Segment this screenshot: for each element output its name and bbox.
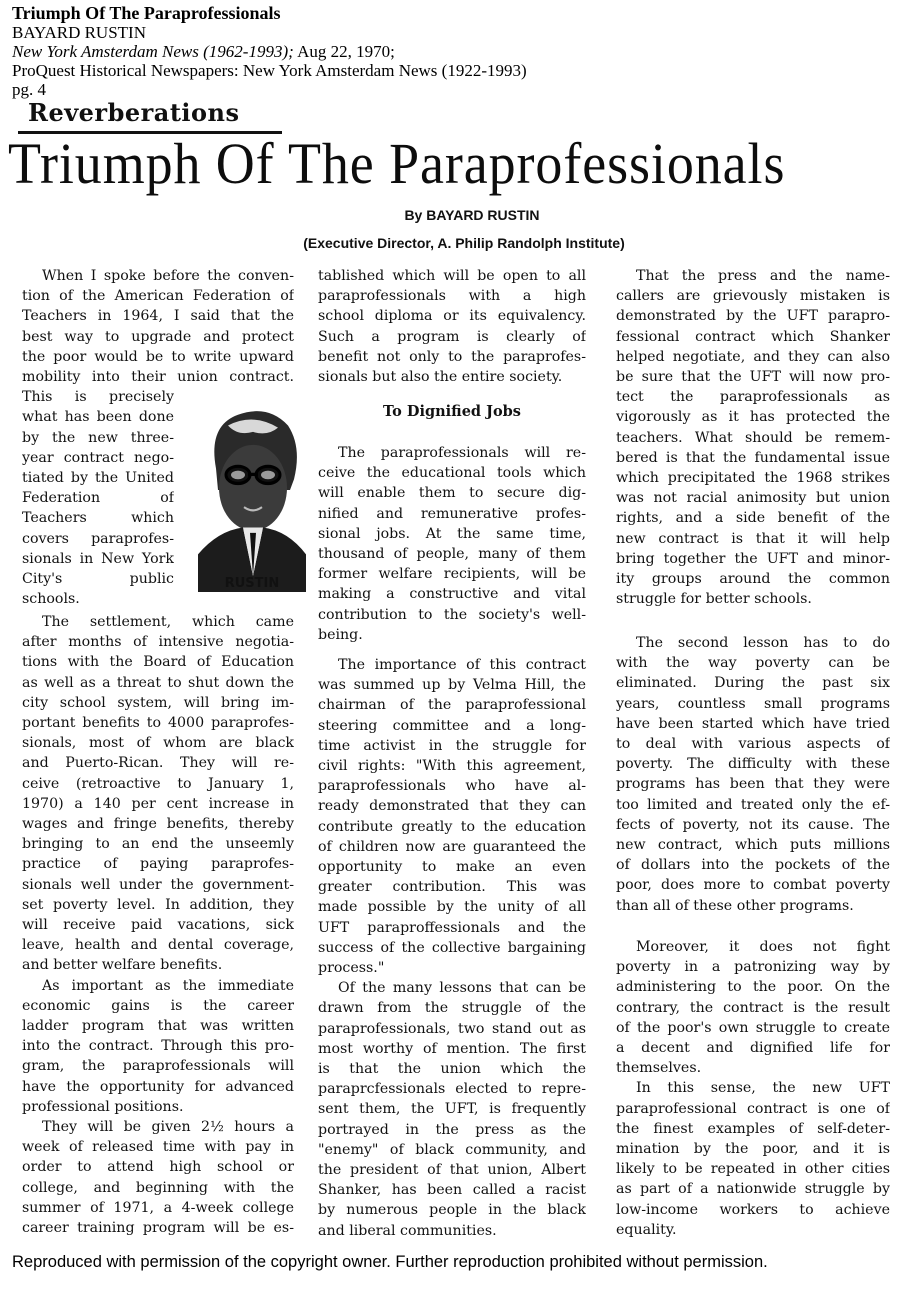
text-line: portrayed in the press as the <box>318 1120 586 1140</box>
text-line: benefit not only to the paraprofes- <box>318 347 586 367</box>
text-line: the finest examples of self-deter- <box>616 1119 890 1139</box>
text-line: and liberal communities. <box>318 1221 586 1241</box>
text-line: Teachers in 1964, I said that the <box>22 306 294 326</box>
text-line: As important as the immediate <box>22 976 294 996</box>
text-line: paraprofessionals with a high <box>318 286 586 306</box>
text-line: civil rights: "With this agreement, <box>318 756 586 776</box>
copyright-notice: Reproduced with permission of the copyri… <box>12 1253 768 1272</box>
text-line: career training program will be es- <box>22 1218 294 1238</box>
text-line: equality. <box>616 1220 890 1240</box>
text-line: poor, does more to combat poverty <box>616 875 890 895</box>
text-line: and Puerto-Rican. They will re- <box>22 753 294 773</box>
text-line: sent them, the UFT, is frequently <box>318 1099 586 1119</box>
text-line: as well as a threat to shut down the <box>22 673 294 693</box>
photo-caption: RUSTIN <box>198 576 306 591</box>
text-line: sional jobs. At the same time, <box>318 524 586 544</box>
text-line: contribute greatly to the education <box>318 817 586 837</box>
text-line: college, and beginning with the <box>22 1178 294 1198</box>
text-line: city school system, will bring im- <box>22 693 294 713</box>
text-line: new contract, which puts millions <box>616 835 890 855</box>
text-line: being. <box>318 625 586 645</box>
text-line: "enemy" of black community, and <box>318 1140 586 1160</box>
text-line: school diploma or its equivalency. <box>318 306 586 326</box>
text-line: bered is that the fundamental issue <box>616 448 890 468</box>
text-line: making a constructive and vital <box>318 584 586 604</box>
text-line: helped negotiate, and they can also <box>616 347 890 367</box>
text-line: rights, and a side benefit of the <box>616 508 890 528</box>
text-line: The importance of this contract <box>318 655 586 675</box>
text-line: ity groups around the common <box>616 569 890 589</box>
citation-page: pg. 4 <box>12 80 46 99</box>
text-line: success of the collective bargaining <box>318 938 586 958</box>
text-line: economic gains is the career <box>22 996 294 1016</box>
text-line: The second lesson has to do <box>616 633 890 653</box>
author-title: (Executive Director, A. Philip Randolph … <box>12 235 904 251</box>
text-line: fessional contract which Shanker <box>616 327 890 347</box>
text-line: what has been done <box>22 407 174 427</box>
text-line: a decent and dignified life for <box>616 1038 890 1058</box>
text-line: wages and fringe benefits, thereby <box>22 814 294 834</box>
text-line: That the press and the name- <box>616 266 890 286</box>
text-line: of children now are guaranteed the <box>318 837 586 857</box>
text-line: UFT paraproffessionals and the <box>318 918 586 938</box>
text-line: covers paraprofes- <box>22 529 174 549</box>
text-line: year contract nego- <box>22 448 174 468</box>
citation-date: Aug 22, 1970; <box>294 42 395 61</box>
citation-database: ProQuest Historical Newspapers: New York… <box>12 61 527 80</box>
text-line: former welfare recipients, will be <box>318 564 586 584</box>
text-line: the president of that union, Albert <box>318 1160 586 1180</box>
text-line: fects of poverty, not its cause. The <box>616 815 890 835</box>
text-line: demonstrated by the UFT parapro- <box>616 306 890 326</box>
text-line: tablished which will be open to all <box>318 266 586 286</box>
citation-title: Triumph Of The Paraprofessionals <box>12 4 281 23</box>
text-line: programs has been that they were <box>616 774 890 794</box>
text-line: leave, health and dental coverage, <box>22 935 294 955</box>
text-line: to deal with various aspects of <box>616 734 890 754</box>
text-line: administering to the poor. On the <box>616 977 890 997</box>
text-line: best way to upgrade and protect <box>22 327 294 347</box>
byline: By BAYARD RUSTIN <box>20 207 904 223</box>
text-line: process." <box>318 958 586 978</box>
text-line: mination by the poor, and it is <box>616 1139 890 1159</box>
text-line: paraprofessionals who have al- <box>318 776 586 796</box>
text-line: sionals but also the entire society. <box>318 367 586 387</box>
text-line: the poor would be to write upward <box>22 347 294 367</box>
text-line: Shanker, has been called a racist <box>318 1180 586 1200</box>
text-line: tions with the Board of Education <box>22 652 294 672</box>
text-line: ceive the educational tools which <box>318 463 586 483</box>
text-line: most worthy of mention. The first <box>318 1039 586 1059</box>
text-line: City's public <box>22 569 174 589</box>
text-line: schools. <box>22 589 174 609</box>
text-line: Moreover, it does not fight <box>616 937 890 957</box>
text-line: struggle for better schools. <box>616 589 890 609</box>
text-line: poverty in a patronizing way by <box>616 957 890 977</box>
text-line: professional positions. <box>22 1097 294 1117</box>
text-line: than all of these other programs. <box>616 896 890 916</box>
text-line: and better welfare benefits. <box>22 955 294 975</box>
text-line: ready demonstrated that they can <box>318 796 586 816</box>
text-line: too limited and treated only the ef- <box>616 795 890 815</box>
text-line: bringing to an end the unseemly <box>22 834 294 854</box>
citation-source: New York Amsterdam News (1962-1993); Aug… <box>12 42 395 61</box>
text-line: They will be given 2½ hours a <box>22 1117 294 1137</box>
text-line: is that the union which the <box>318 1059 586 1079</box>
text-line: This is precisely <box>22 387 174 407</box>
text-line: tion of the American Federation of <box>22 286 294 306</box>
text-line: eliminated. During the past six <box>616 673 890 693</box>
text-line: years, countless small programs <box>616 694 890 714</box>
text-line: ladder program that was written <box>22 1016 294 1036</box>
text-line: was not racial animosity but union <box>616 488 890 508</box>
text-line: steering committee and a long- <box>318 716 586 736</box>
text-line: Of the many lessons that can be <box>318 978 586 998</box>
text-line: new contract is that it will help <box>616 529 890 549</box>
text-line: was summed up by Velma Hill, the <box>318 675 586 695</box>
citation-publication: New York Amsterdam News (1962-1993); <box>12 42 294 61</box>
text-line: themselves. <box>616 1058 890 1078</box>
text-line: tect the paraprofessionals as <box>616 387 890 407</box>
text-line: The paraprofessionals will re- <box>318 443 586 463</box>
text-line: gram, the paraprofessionals will <box>22 1056 294 1076</box>
text-line: poverty. The difficulty with these <box>616 754 890 774</box>
text-line: mobility into their union contract. <box>22 367 294 387</box>
author-portrait-photo <box>198 404 306 592</box>
citation-author: BAYARD RUSTIN <box>12 23 146 42</box>
text-line: which precipitated the 1968 strikes <box>616 468 890 488</box>
text-line: set poverty level. In addition, they <box>22 895 294 915</box>
text-line: bring together the UFT and minor- <box>616 549 890 569</box>
headline: Triumph Of The Paraprofessionals <box>8 132 785 196</box>
text-line: contribution to the society's well- <box>318 605 586 625</box>
text-line: vigorously as it has protected the <box>616 407 890 427</box>
text-line: week of released time with pay in <box>22 1137 294 1157</box>
text-line: Such a program is clearly of <box>318 327 586 347</box>
text-line: ceive (retroactive to January 1, <box>22 774 294 794</box>
text-line: tiated by the United <box>22 468 174 488</box>
text-line: teachers. What should be remem- <box>616 428 890 448</box>
text-line: made possible by the unity of all <box>318 897 586 917</box>
text-line: time activist in the struggle for <box>318 736 586 756</box>
text-line: with the way poverty can be <box>616 653 890 673</box>
text-line: of the poor's own struggle to create <box>616 1018 890 1038</box>
text-line: thousand of people, many of them <box>318 544 586 564</box>
text-line: In this sense, the new UFT <box>616 1078 890 1098</box>
text-line: into the contract. Through this pro- <box>22 1036 294 1056</box>
text-line: order to attend high school or <box>22 1157 294 1177</box>
text-line: drawn from the struggle of the <box>318 998 586 1018</box>
text-line: When I spoke before the conven- <box>22 266 294 286</box>
text-line: be sure that the UFT will now pro- <box>616 367 890 387</box>
text-line: of dollars into the pockets of the <box>616 855 890 875</box>
text-line: portant benefits to 4000 paraprofes- <box>22 713 294 733</box>
text-line: Federation of <box>22 488 174 508</box>
text-line: nified and remunerative profes- <box>318 504 586 524</box>
text-line: as part of a nationwide struggle by <box>616 1179 890 1199</box>
text-line: opportunity to make an even <box>318 857 586 877</box>
text-line: will receive paid vacations, sick <box>22 915 294 935</box>
text-line: Teachers which <box>22 508 174 528</box>
text-line: have been started which have tried <box>616 714 890 734</box>
text-line: practice of paying paraprofes- <box>22 854 294 874</box>
text-line: sionals well under the government- <box>22 875 294 895</box>
text-line: 1970) a 140 per cent increase in <box>22 794 294 814</box>
text-line: sionals in New York <box>22 549 174 569</box>
text-line: greater contribution. This was <box>318 877 586 897</box>
text-line: likely to be repeated in other cities <box>616 1159 890 1179</box>
text-line: paraprofessionals, two stand out as <box>318 1019 586 1039</box>
text-line: chairman of the paraprofessional <box>318 695 586 715</box>
text-line: summer of 1971, a 4-week college <box>22 1198 294 1218</box>
text-line: sionals, most of whom are black <box>22 733 294 753</box>
text-line: by the new three- <box>22 428 174 448</box>
text-line: The settlement, which came <box>22 612 294 632</box>
subhead: To Dignified Jobs <box>318 403 586 420</box>
text-line: callers are grievously mistaken is <box>616 286 890 306</box>
text-line: after months of intensive negotia- <box>22 632 294 652</box>
section-kicker: Reverberations <box>28 98 240 127</box>
text-line: paraprofessional contract is one of <box>616 1099 890 1119</box>
text-line: have the opportunity for advanced <box>22 1077 294 1097</box>
text-line: low-income workers to achieve <box>616 1200 890 1220</box>
text-line: will enable them to secure dig- <box>318 483 586 503</box>
text-line: by numerous people in the black <box>318 1200 586 1220</box>
text-line: paraprcfessionals elected to repre- <box>318 1079 586 1099</box>
text-line: contrary, the contract is the result <box>616 998 890 1018</box>
